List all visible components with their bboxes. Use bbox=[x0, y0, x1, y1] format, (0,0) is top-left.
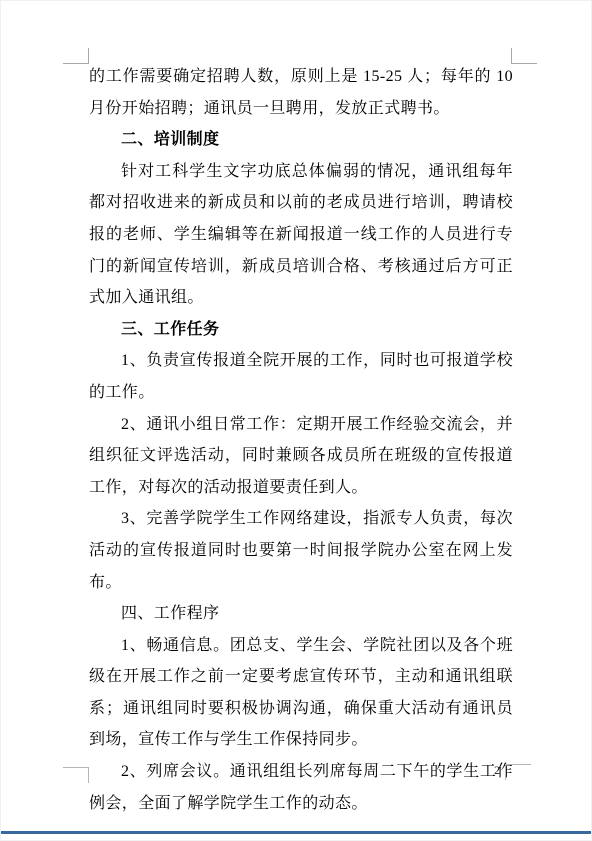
paragraph: 2、列席会议。通讯组组长列席每周二下午的学生工作例会，全面了解学院学生工作的动态… bbox=[89, 756, 513, 819]
paragraph: 2、通讯小组日常工作：定期开展工作经验交流会，并组织征文评选活动，同时兼顾各成员… bbox=[89, 409, 513, 504]
section-heading-tasks: 三、工作任务 bbox=[89, 314, 513, 346]
page-number: 2 bbox=[494, 763, 500, 777]
section-heading-procedure: 四、工作程序 bbox=[89, 598, 513, 630]
paragraph: 1、畅通信息。团总支、学生会、学院社团以及各个班级在开展工作之前一定要考虑宣传环… bbox=[89, 630, 513, 756]
document-page: 的工作需要确定招聘人数，原则上是 15-25 人；每年的 10 月份开始招聘；通… bbox=[0, 0, 592, 841]
text-boundary-mark-top-right bbox=[511, 48, 537, 64]
paragraph-continued: 的工作需要确定招聘人数，原则上是 15-25 人；每年的 10 月份开始招聘；通… bbox=[89, 61, 513, 124]
paragraph: 3、完善学院学生工作网络建设，指派专人负责，每次活动的宣传报道同时也要第一时间报… bbox=[89, 503, 513, 598]
section-heading-training: 二、培训制度 bbox=[89, 124, 513, 156]
bottom-divider-line bbox=[1, 831, 592, 834]
text-boundary-mark-bottom-left bbox=[63, 767, 89, 783]
document-body: 的工作需要确定招聘人数，原则上是 15-25 人；每年的 10 月份开始招聘；通… bbox=[89, 61, 513, 819]
text-boundary-mark-bottom-right bbox=[505, 764, 531, 780]
text-boundary-mark-top-left bbox=[63, 48, 89, 64]
paragraph: 针对工科学生文字功底总体偏弱的情况，通讯组每年都对招收进来的新成员和以前的老成员… bbox=[89, 156, 513, 314]
paragraph: 1、负责宣传报道全院开展的工作，同时也可报道学校的工作。 bbox=[89, 345, 513, 408]
